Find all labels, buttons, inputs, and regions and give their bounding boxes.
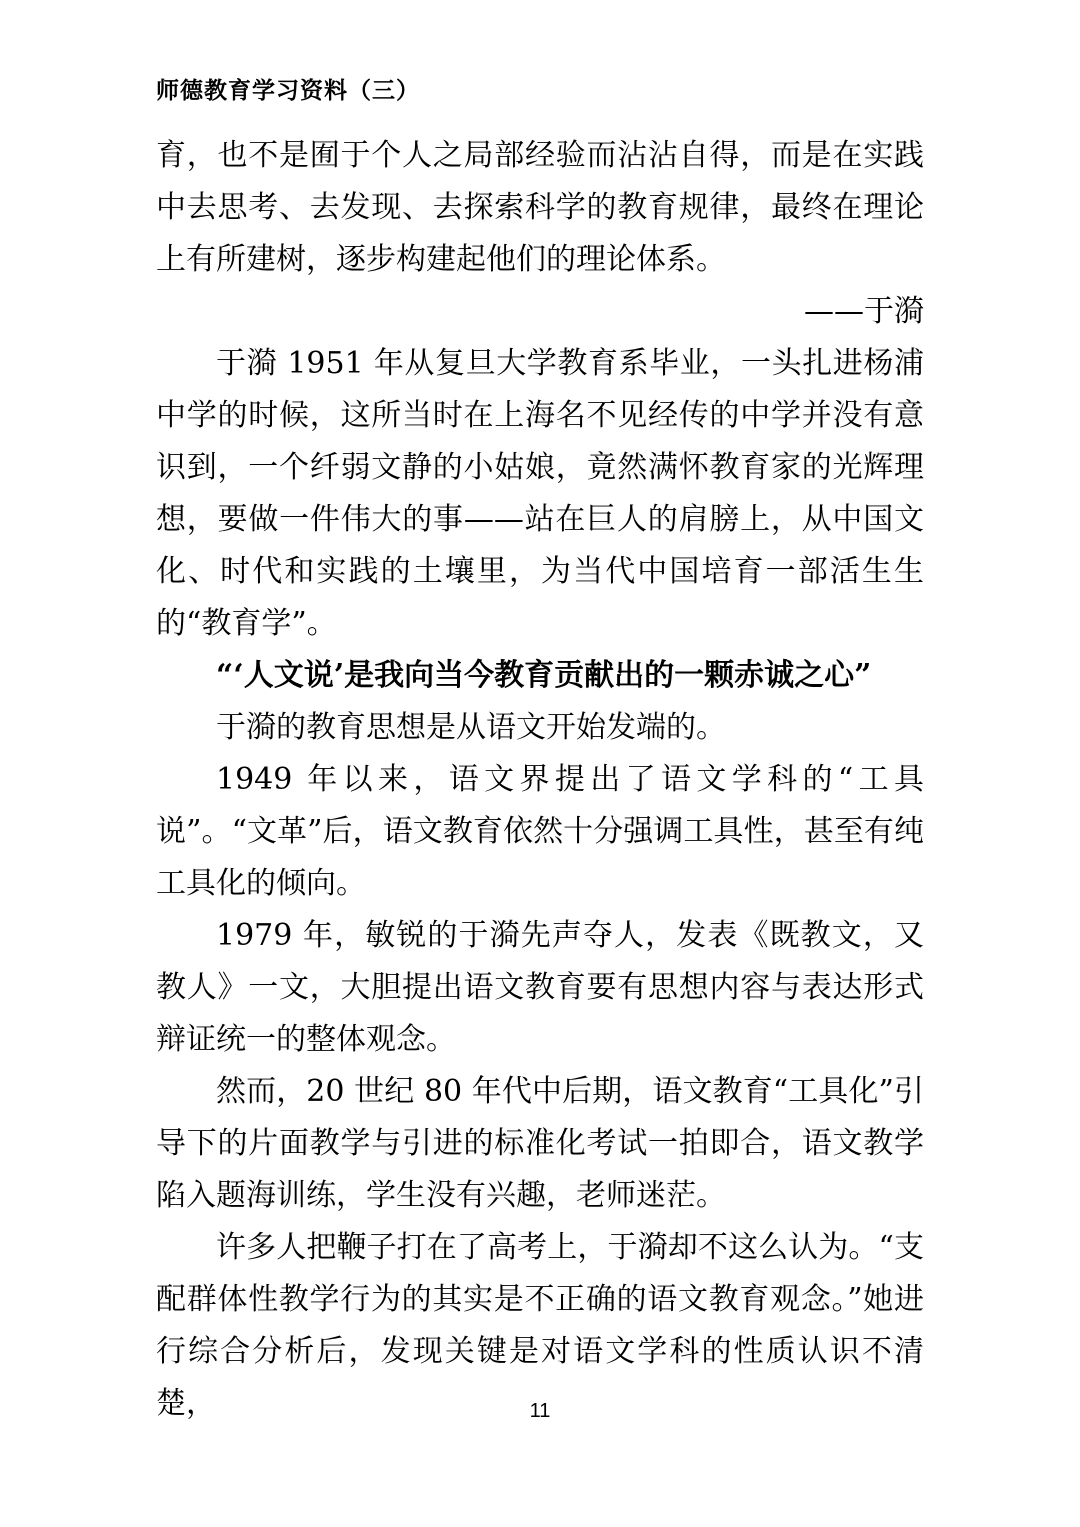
paragraph-continuation: 育，也不是囿于个人之局部经验而沾沾自得，而是在实践中去思考、去发现、去探索科学的…	[156, 130, 924, 286]
attribution-line: ——于漪	[156, 286, 924, 338]
page-footer: 11	[0, 1400, 1080, 1423]
paragraph-yuyi-1951: 于漪 1951 年从复旦大学教育系毕业，一头扎进杨浦中学的时候，这所当时在上海名…	[156, 338, 924, 650]
paragraph-1979: 1979 年，敏锐的于漪先声夺人，发表《既教文，又教人》一文，大胆提出语文教育要…	[156, 910, 924, 1066]
paragraph-1949: 1949 年以来，语文界提出了语文学科的“工具说”。“文革”后，语文教育依然十分…	[156, 754, 924, 910]
page-number: 11	[530, 1400, 551, 1422]
paragraph-gaokao: 许多人把鞭子打在了高考上，于漪却不这么认为。“支配群体性教学行为的其实是不正确的…	[156, 1222, 924, 1430]
document-body: 育，也不是囿于个人之局部经验而沾沾自得，而是在实践中去思考、去发现、去探索科学的…	[156, 130, 924, 1430]
section-heading-renwenshuo: “‘人文说’是我向当今教育贡献出的一颗赤诚之心”	[156, 650, 924, 702]
paragraph-1980s: 然而，20 世纪 80 年代中后期，语文教育“工具化”引导下的片面教学与引进的标…	[156, 1066, 924, 1222]
running-header-title: 师德教育学习资料（三）	[156, 72, 420, 105]
document-page: 师德教育学习资料（三） 育，也不是囿于个人之局部经验而沾沾自得，而是在实践中去思…	[0, 0, 1080, 1527]
paragraph-yuwen-origin: 于漪的教育思想是从语文开始发端的。	[156, 702, 924, 754]
